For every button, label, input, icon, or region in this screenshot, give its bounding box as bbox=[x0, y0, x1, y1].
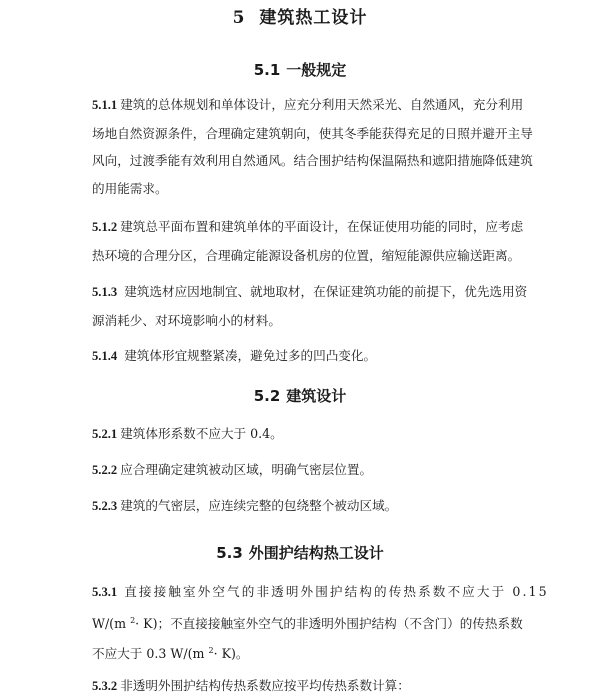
clause-text-line: 风向，过渡季能有效利用自然通风。结合围护结构保温隔热和遮阳措施降低建筑 bbox=[92, 147, 514, 175]
section-title-5-2: 5.2建筑设计 bbox=[0, 384, 600, 408]
clause-text-line: 建筑选材应因地制宜、就地取材，在保证建筑功能的前提下，优先选用资 bbox=[124, 284, 527, 299]
clause-text-line: 建筑总平面布置和建筑单体的平面设计，在保证使用功能的同时，应考虑 bbox=[120, 219, 523, 234]
clause-number: 5.3.1 bbox=[92, 585, 117, 599]
clause-5-2-2: 5.2.2应合理确定建筑被动区域，明确气密层位置。 bbox=[92, 456, 514, 485]
clause-text-line: 场地自然资源条件，合理确定建筑朝向，使其冬季能获得充足的日照并避开主导 bbox=[92, 120, 514, 148]
clause-number: 5.1.2 bbox=[92, 220, 117, 234]
clause-text-line: 直接接触室外空气的非透明外围护结构的传热系数不应大于 0.15 bbox=[124, 584, 549, 599]
clause-5-3-1: 5.3.1 直接接触室外空气的非透明外围护结构的传热系数不应大于 0.15 W/… bbox=[92, 578, 514, 668]
clause-5-1-2: 5.1.2建筑总平面布置和建筑单体的平面设计，在保证使用功能的同时，应考虑 热环… bbox=[92, 213, 514, 269]
clause-text-line: 应合理确定建筑被动区域，明确气密层位置。 bbox=[120, 462, 372, 477]
clause-text-line: 非透明外围护结构传热系数应按平均传热系数计算： bbox=[120, 678, 410, 693]
section-title-5-3: 5.3外围护结构热工设计 bbox=[0, 541, 600, 565]
section-title-text: 一般规定 bbox=[286, 61, 346, 79]
section-title-5-1: 5.1一般规定 bbox=[0, 58, 600, 82]
clause-5-1-4: 5.1.4 建筑体形宜规整紧凑，避免过多的凹凸变化。 bbox=[92, 342, 514, 371]
clause-number: 5.1.3 bbox=[92, 285, 117, 299]
clause-text-line: · K)；不直接接触室外空气的非透明外围护结构（不含门）的传热系数 bbox=[135, 616, 523, 631]
clause-number: 5.2.1 bbox=[92, 427, 117, 441]
section-number: 5.1 bbox=[254, 61, 281, 79]
section-title-text: 建筑设计 bbox=[286, 387, 346, 405]
section-number: 5.3 bbox=[216, 544, 243, 562]
clause-text-line: 热环境的合理分区，合理确定能源设备机房的位置，缩短能源供应输送距离。 bbox=[92, 242, 514, 270]
clause-text-line: 建筑的总体规划和单体设计，应充分利用天然采光、自然通风，充分利用 bbox=[120, 97, 523, 112]
clause-number: 5.1.1 bbox=[92, 98, 117, 112]
clause-number: 5.2.2 bbox=[92, 463, 117, 477]
unit-text: · K)。 bbox=[214, 646, 249, 661]
clause-5-2-1: 5.2.1建筑体形系数不应大于 0.4。 bbox=[92, 420, 514, 449]
clause-number: 5.1.4 bbox=[92, 349, 117, 363]
clause-5-3-2: 5.3.2非透明外围护结构传热系数应按平均传热系数计算： bbox=[92, 672, 514, 700]
clause-5-1-3: 5.1.3 建筑选材应因地制宜、就地取材，在保证建筑功能的前提下，优先选用资 源… bbox=[92, 278, 514, 334]
clause-number: 5.3.2 bbox=[92, 679, 117, 693]
clause-5-1-1: 5.1.1建筑的总体规划和单体设计，应充分利用天然采光、自然通风，充分利用 场地… bbox=[92, 91, 514, 202]
section-title-text: 外围护结构热工设计 bbox=[249, 544, 384, 562]
chapter-title-text: 建筑热工设计 bbox=[259, 8, 367, 28]
clause-number: 5.2.3 bbox=[92, 499, 117, 513]
clause-text-line: 不应大于 0.3 W/(m bbox=[92, 646, 204, 661]
clause-text-line: 建筑的气密层，应连续完整的包绕整个被动区域。 bbox=[120, 498, 397, 513]
document-page: 5建筑热工设计 5.1一般规定 5.1.1建筑的总体规划和单体设计，应充分利用天… bbox=[0, 0, 600, 700]
clause-text-line: 源消耗少、对环境影响小的材料。 bbox=[92, 307, 514, 335]
section-number: 5.2 bbox=[254, 387, 281, 405]
unit-text: W/(m bbox=[92, 616, 126, 631]
clause-5-2-3: 5.2.3建筑的气密层，应连续完整的包绕整个被动区域。 bbox=[92, 492, 514, 521]
clause-text-line: 的用能需求。 bbox=[92, 175, 514, 203]
clause-text-line: 建筑体形系数不应大于 0.4。 bbox=[120, 426, 283, 441]
chapter-number: 5 bbox=[233, 8, 246, 28]
clause-text-line: 建筑体形宜规整紧凑，避免过多的凹凸变化。 bbox=[124, 348, 376, 363]
chapter-title: 5建筑热工设计 bbox=[0, 6, 600, 30]
